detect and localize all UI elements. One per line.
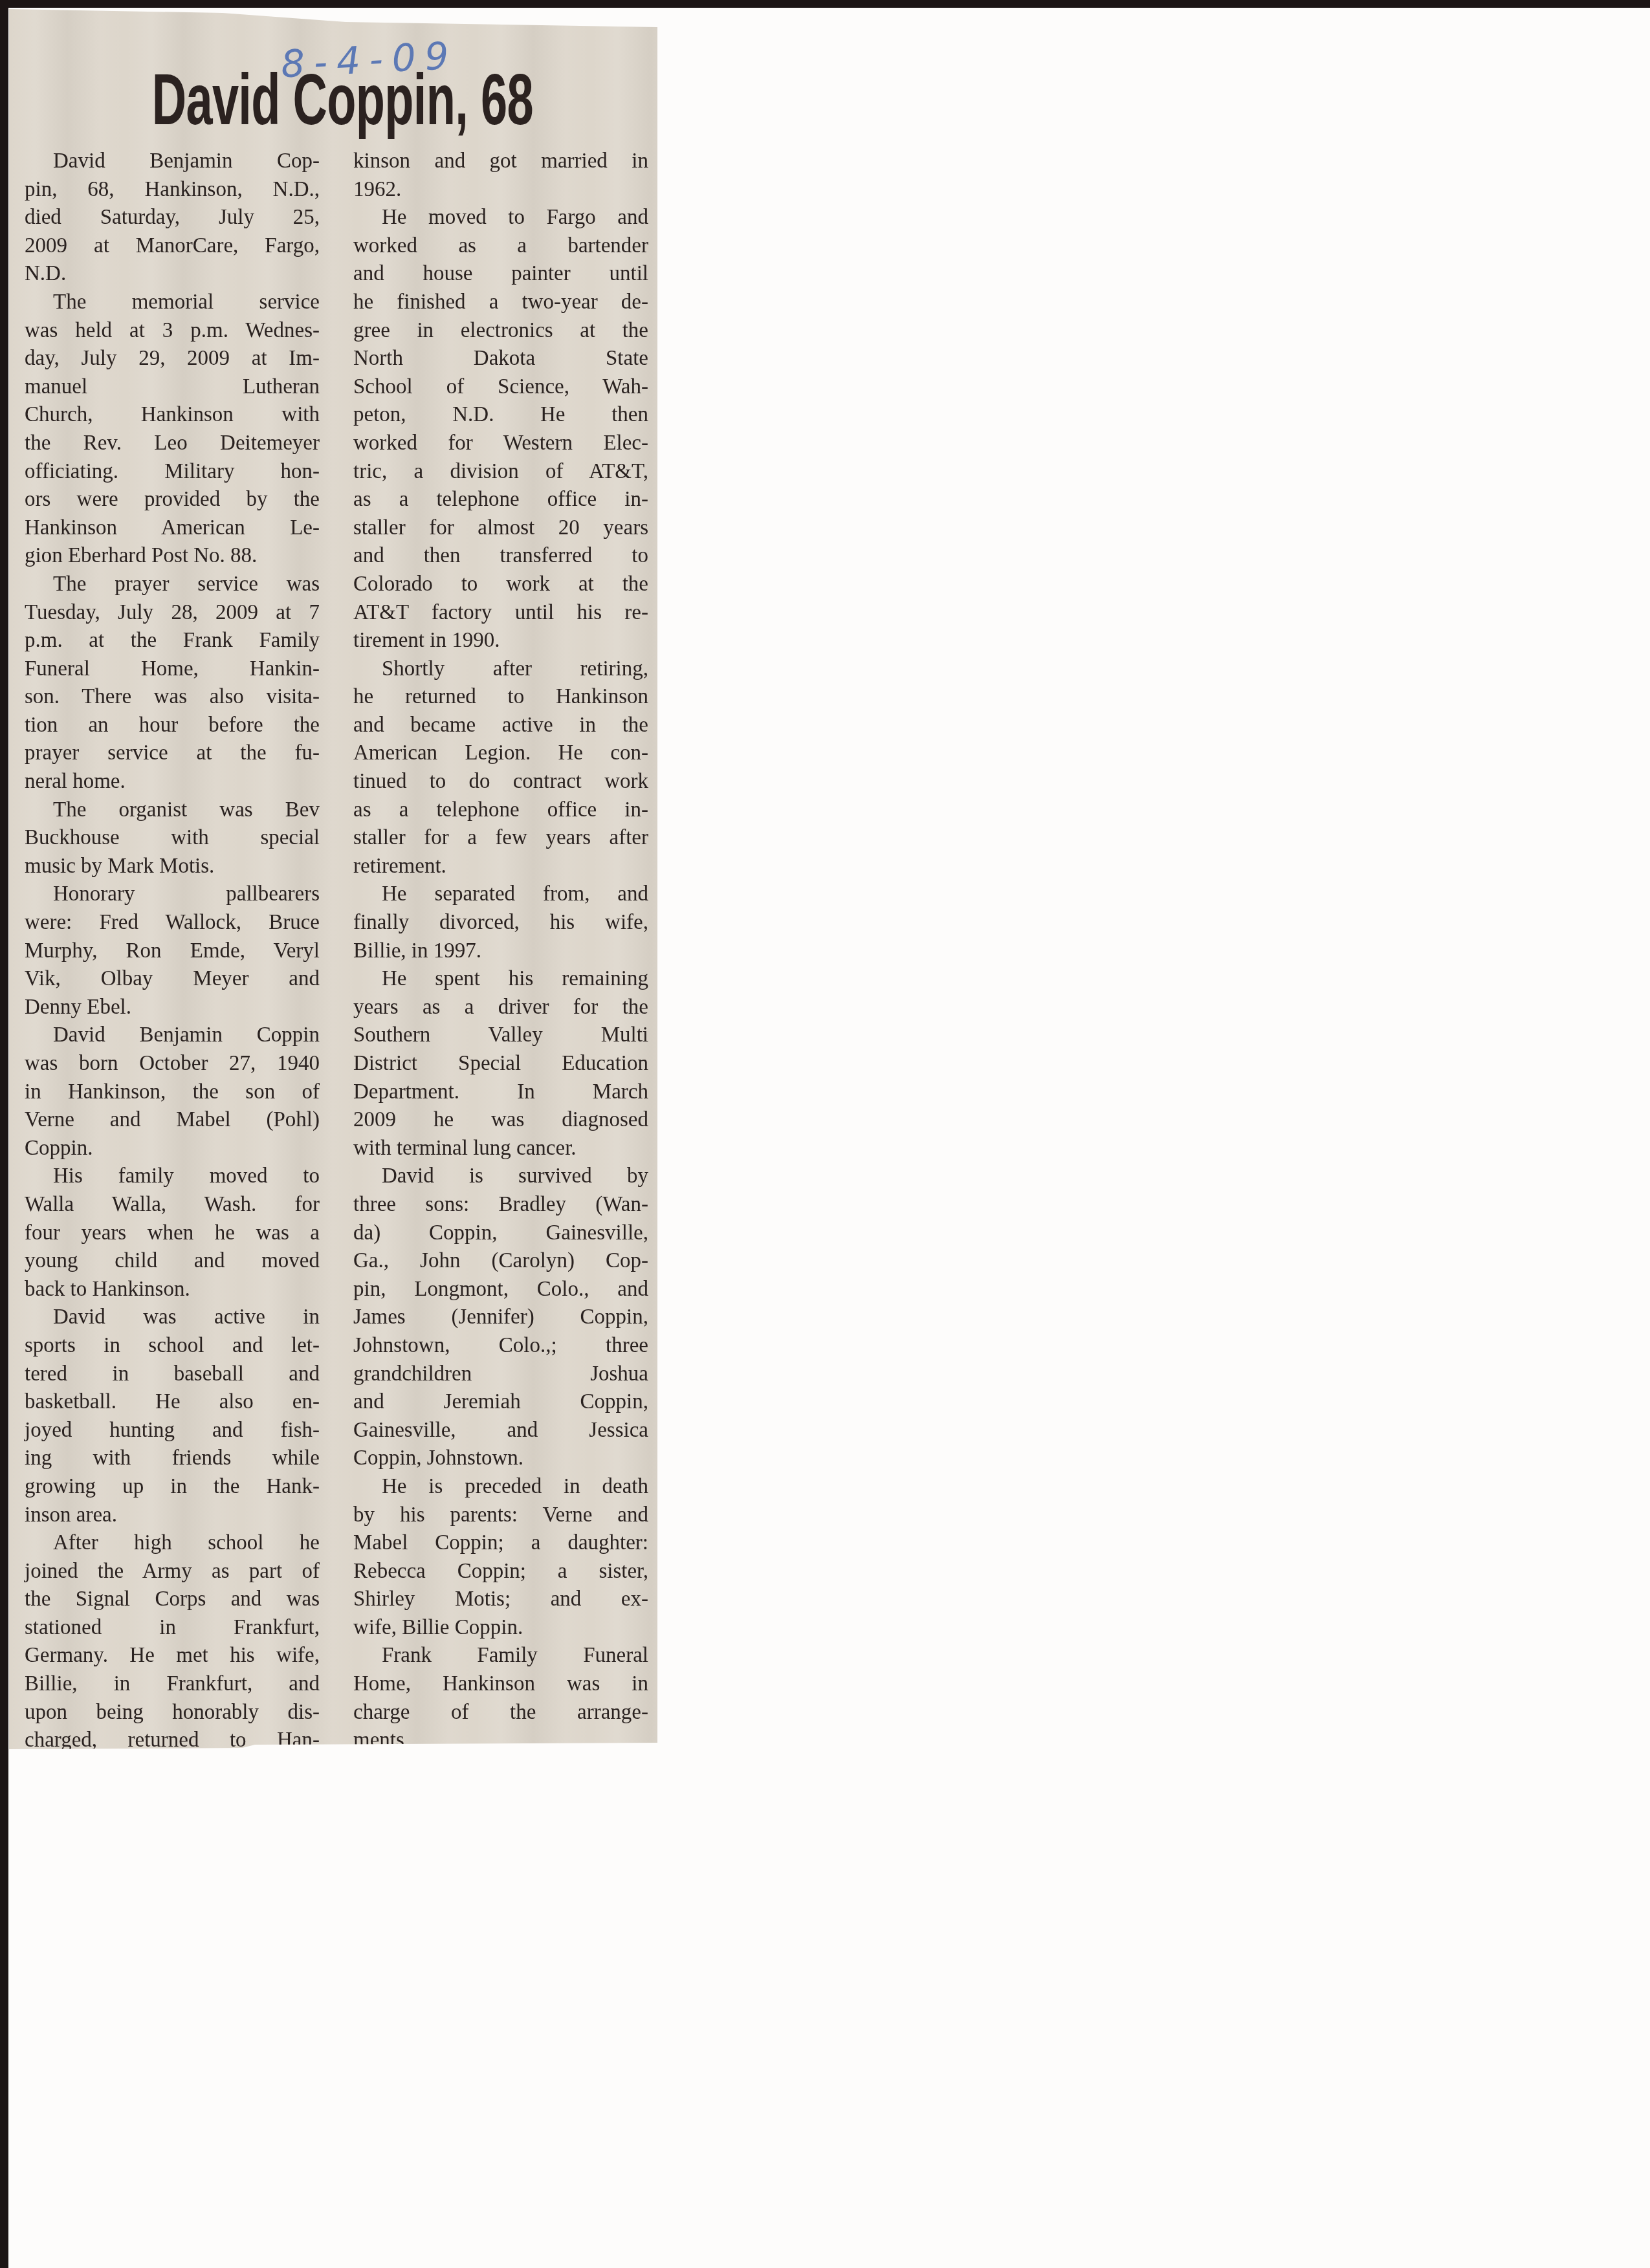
text-line: Ga., John (Carolyn) Cop- (353, 1247, 648, 1276)
text-line: North Dakota State (353, 345, 648, 373)
text-line: Gainesville, and Jessica (353, 1417, 648, 1445)
text-line: Funeral Home, Hankin- (25, 655, 320, 684)
text-line: tion an hour before the (25, 712, 320, 740)
text-line: and Jeremiah Coppin, (353, 1388, 648, 1417)
text-line: music by Mark Motis. (25, 853, 320, 881)
text-line: He spent his remaining (353, 965, 648, 994)
text-line: David Benjamin Coppin (25, 1021, 320, 1050)
text-line: sports in school and let- (25, 1332, 320, 1360)
text-line: with terminal lung cancer. (353, 1135, 648, 1163)
text-line: After high school he (25, 1529, 320, 1558)
text-line: ing with friends while (25, 1445, 320, 1473)
text-line: the Rev. Leo Deitemeyer (25, 430, 320, 458)
text-line: He separated from, and (353, 880, 648, 909)
text-line: Denny Ebel. (25, 994, 320, 1022)
text-line: 1962. (353, 176, 648, 204)
text-line: Coppin. (25, 1135, 320, 1163)
text-line: p.m. at the Frank Family (25, 627, 320, 655)
text-line: tered in baseball and (25, 1360, 320, 1389)
text-line: three sons: Bradley (Wan- (353, 1191, 648, 1219)
text-line: Vik, Olbay Meyer and (25, 965, 320, 994)
text-line: was held at 3 p.m. Wednes- (25, 317, 320, 345)
text-line: he finished a two-year de- (353, 289, 648, 317)
text-line: son. There was also visita- (25, 683, 320, 712)
text-line: ors were provided by the (25, 486, 320, 514)
text-line: staller for a few years after (353, 824, 648, 853)
text-line: in Hankinson, the son of (25, 1078, 320, 1107)
text-line: Rebecca Coppin; a sister, (353, 1558, 648, 1586)
text-line: joined the Army as part of (25, 1558, 320, 1586)
text-line: and became active in the (353, 712, 648, 740)
text-line: as a telephone office in- (353, 486, 648, 514)
text-line: 2009 at ManorCare, Fargo, (25, 232, 320, 261)
obituary-headline: David Coppin, 68 (18, 63, 666, 136)
headline-text: David Coppin, 68 (151, 63, 533, 136)
newspaper-clipping: 8-4-09 David Coppin, 68 David Benjamin C… (9, 8, 657, 1749)
text-line: died Saturday, July 25, (25, 204, 320, 232)
text-line: he returned to Hankinson (353, 683, 648, 712)
text-line: tric, a division of AT&T, (353, 458, 648, 486)
text-line: The memorial service (25, 289, 320, 317)
text-line: David Benjamin Cop- (25, 147, 320, 176)
text-line: worked for Western Elec- (353, 430, 648, 458)
text-line: charged, returned to Han- (25, 1727, 320, 1755)
text-line: Southern Valley Multi (353, 1021, 648, 1050)
text-line: David is survived by (353, 1162, 648, 1191)
text-line: retirement. (353, 853, 648, 881)
scan-border-left (0, 0, 8, 2268)
text-line: School of Science, Wah- (353, 373, 648, 402)
text-line: Hankinson American Le- (25, 514, 320, 543)
text-line: Buckhouse with special (25, 824, 320, 853)
text-line: Murphy, Ron Emde, Veryl (25, 937, 320, 966)
text-line: charge of the arrange- (353, 1699, 648, 1727)
text-line: gion Eberhard Post No. 88. (25, 542, 320, 571)
text-line: and then transferred to (353, 542, 648, 571)
text-line: District Special Education (353, 1050, 648, 1078)
text-column-right: kinson and got married in1962.He moved t… (353, 147, 648, 1755)
text-line: His family moved to (25, 1162, 320, 1191)
text-line: prayer service at the fu- (25, 739, 320, 768)
text-line: kinson and got married in (353, 147, 648, 176)
text-column-left: David Benjamin Cop-pin, 68, Hankinson, N… (25, 147, 320, 1755)
text-line: as a telephone office in- (353, 796, 648, 825)
text-line: Home, Hankinson was in (353, 1670, 648, 1699)
text-line: the Signal Corps and was (25, 1586, 320, 1614)
text-line: officiating. Military hon- (25, 458, 320, 486)
text-line: Tuesday, July 28, 2009 at 7 (25, 599, 320, 627)
text-line: Verne and Mabel (Pohl) (25, 1106, 320, 1135)
text-line: ments. (353, 1727, 648, 1755)
text-line: was born October 27, 1940 (25, 1050, 320, 1078)
text-line: pin, Longmont, Colo., and (353, 1276, 648, 1304)
text-line: da) Coppin, Gainesville, (353, 1219, 648, 1248)
text-line: neral home. (25, 768, 320, 796)
text-line: Johnstown, Colo.,; three (353, 1332, 648, 1360)
text-line: pin, 68, Hankinson, N.D., (25, 176, 320, 204)
text-line: Mabel Coppin; a daughter: (353, 1529, 648, 1558)
text-line: manuel Lutheran (25, 373, 320, 402)
text-line: AT&T factory until his re- (353, 599, 648, 627)
text-line: Coppin, Johnstown. (353, 1445, 648, 1473)
text-line: He moved to Fargo and (353, 204, 648, 232)
text-line: Department. In March (353, 1078, 648, 1107)
text-line: basketball. He also en- (25, 1388, 320, 1417)
text-line: Germany. He met his wife, (25, 1642, 320, 1670)
text-line: wife, Billie Coppin. (353, 1614, 648, 1642)
text-line: by his parents: Verne and (353, 1501, 648, 1530)
text-line: grandchildren Joshua (353, 1360, 648, 1389)
text-line: finally divorced, his wife, (353, 909, 648, 937)
text-line: years as a driver for the (353, 994, 648, 1022)
text-line: were: Fred Wallock, Bruce (25, 909, 320, 937)
text-line: David was active in (25, 1303, 320, 1332)
text-line: gree in electronics at the (353, 317, 648, 345)
text-line: Shirley Motis; and ex- (353, 1586, 648, 1614)
text-line: upon being honorably dis- (25, 1699, 320, 1727)
text-line: and house painter until (353, 260, 648, 289)
scan-border-top (0, 0, 1650, 8)
text-line: worked as a bartender (353, 232, 648, 261)
text-line: Billie, in Frankfurt, and (25, 1670, 320, 1699)
text-line: young child and moved (25, 1247, 320, 1276)
text-line: staller for almost 20 years (353, 514, 648, 543)
text-line: inson area. (25, 1501, 320, 1530)
text-line: tirement in 1990. (353, 627, 648, 655)
text-line: 2009 he was diagnosed (353, 1106, 648, 1135)
text-line: tinued to do contract work (353, 768, 648, 796)
text-line: growing up in the Hank- (25, 1473, 320, 1501)
text-line: Shortly after retiring, (353, 655, 648, 684)
text-line: Church, Hankinson with (25, 401, 320, 430)
text-line: Walla Walla, Wash. for (25, 1191, 320, 1219)
text-line: four years when he was a (25, 1219, 320, 1248)
text-line: back to Hankinson. (25, 1276, 320, 1304)
text-line: American Legion. He con- (353, 739, 648, 768)
text-line: Frank Family Funeral (353, 1642, 648, 1670)
text-line: stationed in Frankfurt, (25, 1614, 320, 1642)
text-line: Billie, in 1997. (353, 937, 648, 966)
text-line: He is preceded in death (353, 1473, 648, 1501)
text-line: joyed hunting and fish- (25, 1417, 320, 1445)
text-line: N.D. (25, 260, 320, 289)
text-line: The prayer service was (25, 571, 320, 599)
text-line: Honorary pallbearers (25, 880, 320, 909)
text-line: day, July 29, 2009 at Im- (25, 345, 320, 373)
text-line: peton, N.D. He then (353, 401, 648, 430)
text-line: The organist was Bev (25, 796, 320, 825)
text-line: Colorado to work at the (353, 571, 648, 599)
text-line: James (Jennifer) Coppin, (353, 1303, 648, 1332)
